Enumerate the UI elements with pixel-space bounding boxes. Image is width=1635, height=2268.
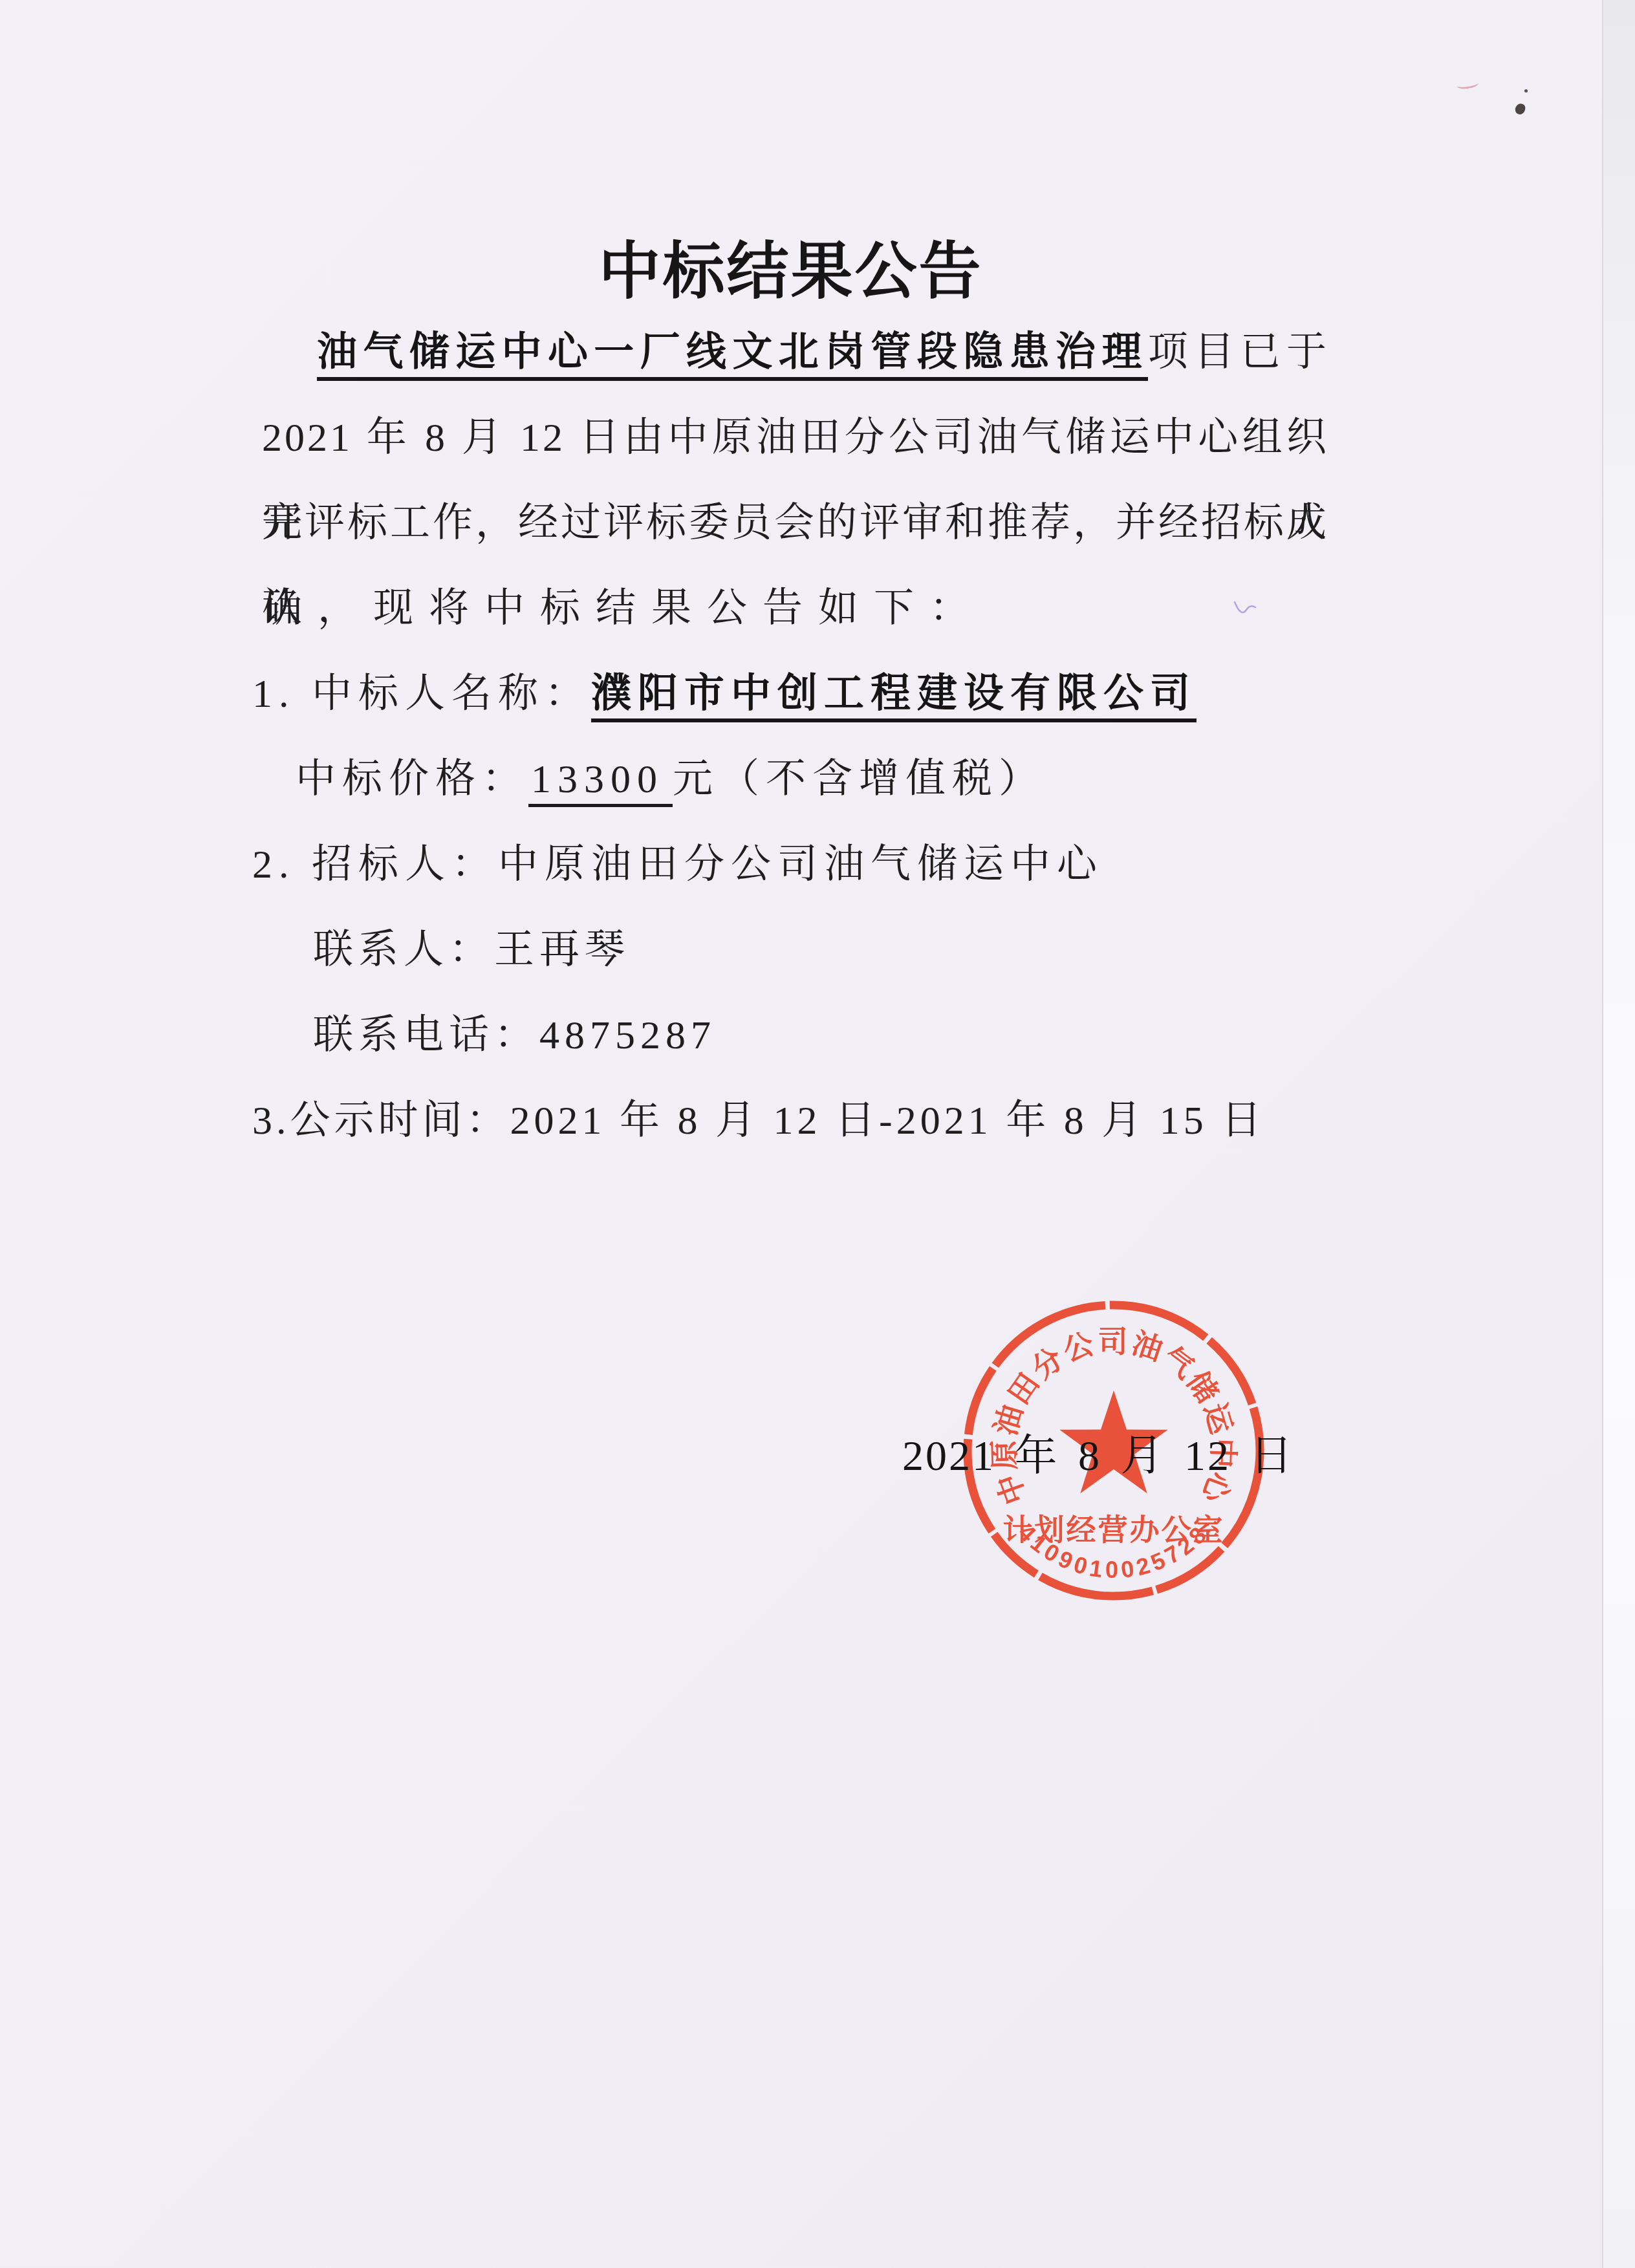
bid-price-line: 中标价格：13300元（不含增值税） [252,737,1329,822]
page-title: 中标结果公告 [252,235,1329,308]
paragraph-line-4: 认，现将中标结果公告如下： [252,566,1329,651]
item-1-winner-line: 1. 中标人名称：濮阳市中创工程建设有限公司 [252,651,1329,737]
price-value-underlined: 13300 [528,757,673,807]
announcement-body: 油气储运中心一厂线文北岗管段隐患治理项目已于 2021 年 8 月 12 日由中… [252,310,1329,1163]
paragraph-line-3: 开评标工作，经过评标委员会的评审和推荐，并经招标人确 [252,481,1329,566]
contact-person-line: 联系人：王再琴 [252,907,1329,993]
item-3-publicity-period-line: 3.公示时间：2021 年 8 月 12 日-2021 年 8 月 15 日 [252,1078,1329,1163]
paragraph-line-1-rest: 项目已于 [1148,330,1329,374]
scanner-edge-strip [1602,0,1635,2268]
signoff-date: 2021 年 8 月 12 日 [902,1431,1295,1482]
faint-blue-pen-mark [1232,598,1258,620]
item-1-label: 1. 中标人名称： [252,672,591,716]
scanned-page: { "document": { "title": "中标结果公告", "para… [0,0,1635,2268]
item-2-tenderee-line: 2. 招标人：中原油田分公司油气储运中心 [252,822,1329,907]
price-label: 中标价格： [296,757,528,801]
paragraph-line-2: 2021 年 8 月 12 日由中原油田分公司油气储运中心组织完成 [252,395,1329,481]
winner-company-name: 濮阳市中创工程建设有限公司 [591,672,1196,722]
paragraph-line-1: 油气储运中心一厂线文北岗管段隐患治理项目已于 [252,310,1329,395]
price-suffix: 元（不含增值税） [673,757,1045,801]
contact-phone-line: 联系电话：4875287 [252,993,1329,1078]
project-name-underlined: 油气储运中心一厂线文北岗管段隐患治理 [317,330,1148,381]
ink-dot [1524,89,1528,92]
